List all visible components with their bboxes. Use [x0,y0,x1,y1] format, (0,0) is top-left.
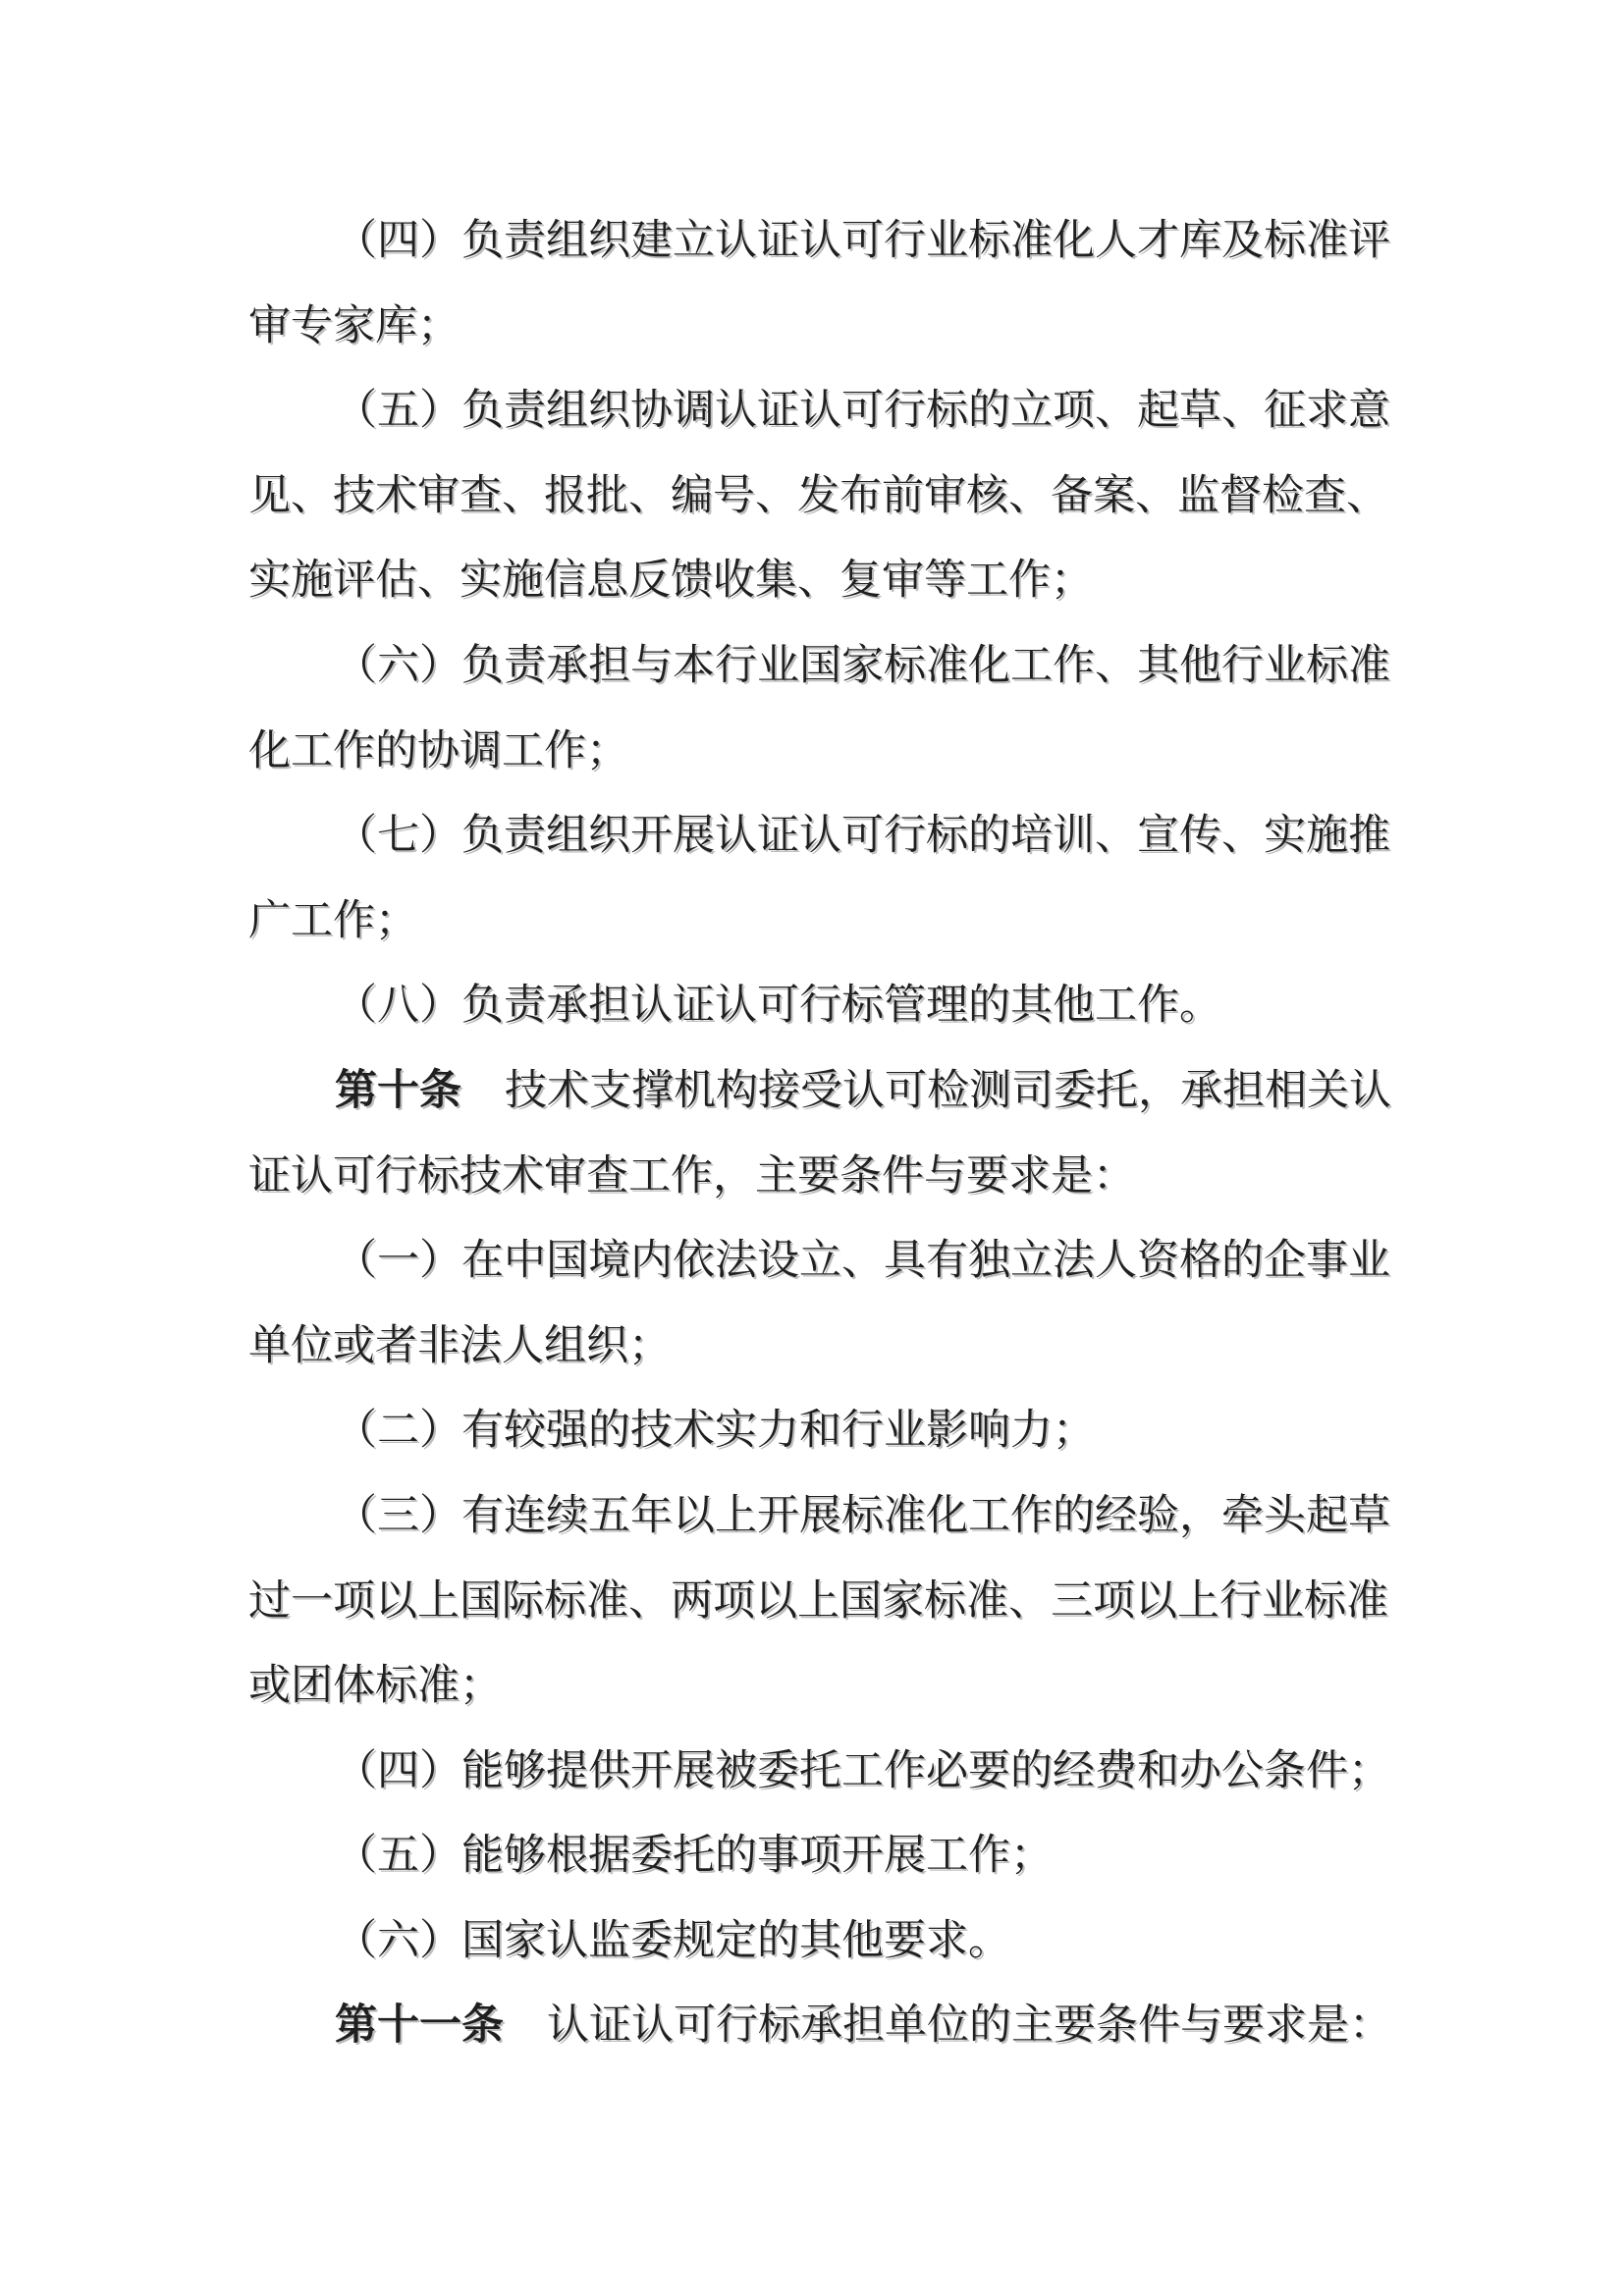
text-line: （六）国家认监委规定的其他要求。 [248,1898,1375,1984]
paragraph: 第十条技术支撑机构接受认可检测司委托，承担相关认证认可行标技术审查工作，主要条件… [248,1048,1375,1218]
text-line: （七）负责组织开展认证认可行标的培训、宣传、实施推 [248,793,1375,879]
text-line: （四）负责组织建立认证认可行业标准化人才库及标准评 [248,198,1375,284]
line-text: 认证认可行标承担单位的主要条件与要求是： [547,2001,1391,2050]
text-line: 化工作的协调工作； [248,709,1375,794]
text-line: （二）有较强的技术实力和行业影响力； [248,1388,1375,1473]
document-page: （四）负责组织建立认证认可行业标准化人才库及标准评审专家库；（五）负责组织协调认… [0,0,1624,2296]
paragraph: （三）有连续五年以上开展标准化工作的经验，牵头起草过一项以上国际标准、两项以上国… [248,1473,1375,1729]
text-line: 审专家库； [248,284,1375,369]
text-line: 过一项以上国际标准、两项以上国家标准、三项以上行业标准 [248,1559,1375,1644]
text-line: 广工作； [248,879,1375,964]
text-line: 实施评估、实施信息反馈收集、复审等工作； [248,538,1375,623]
paragraph: （五）负责组织协调认证认可行标的立项、起草、征求意见、技术审查、报批、编号、发布… [248,368,1375,623]
line-text: 技术支撑机构接受认可检测司委托，承担相关认 [505,1066,1391,1115]
document-body: （四）负责组织建立认证认可行业标准化人才库及标准评审专家库；（五）负责组织协调认… [248,198,1375,2068]
text-line: 第十条技术支撑机构接受认可检测司委托，承担相关认 [248,1048,1375,1134]
text-line: 单位或者非法人组织； [248,1304,1375,1389]
text-line: 见、技术审查、报批、编号、发布前审核、备案、监督检查、 [248,454,1375,539]
text-line: 证认可行标技术审查工作，主要条件与要求是： [248,1134,1375,1219]
paragraph: 第十一条认证认可行标承担单位的主要条件与要求是： [248,1983,1375,2068]
text-line: （一）在中国境内依法设立、具有独立法人资格的企事业 [248,1218,1375,1304]
article-number: 第十条 [335,1066,461,1115]
text-line: 或团体标准； [248,1643,1375,1729]
paragraph: （七）负责组织开展认证认可行标的培训、宣传、实施推广工作； [248,793,1375,963]
text-line: （五）能够根据委托的事项开展工作； [248,1813,1375,1898]
paragraph: （五）能够根据委托的事项开展工作； [248,1813,1375,1898]
text-line: （四）能够提供开展被委托工作必要的经费和办公条件； [248,1729,1375,1814]
paragraph: （六）负责承担与本行业国家标准化工作、其他行业标准化工作的协调工作； [248,623,1375,793]
text-line: （五）负责组织协调认证认可行标的立项、起草、征求意 [248,368,1375,454]
text-line: （八）负责承担认证认可行标管理的其他工作。 [248,963,1375,1048]
paragraph: （八）负责承担认证认可行标管理的其他工作。 [248,963,1375,1048]
paragraph: （一）在中国境内依法设立、具有独立法人资格的企事业单位或者非法人组织； [248,1218,1375,1388]
paragraph: （六）国家认监委规定的其他要求。 [248,1898,1375,1984]
text-line: （六）负责承担与本行业国家标准化工作、其他行业标准 [248,623,1375,709]
paragraph: （四）能够提供开展被委托工作必要的经费和办公条件； [248,1729,1375,1814]
article-number: 第十一条 [335,2001,504,2050]
page-root: { "page": { "background_color": "#ffffff… [0,0,1624,2296]
text-line: （三）有连续五年以上开展标准化工作的经验，牵头起草 [248,1473,1375,1559]
paragraph: （四）负责组织建立认证认可行业标准化人才库及标准评审专家库； [248,198,1375,368]
text-line: 第十一条认证认可行标承担单位的主要条件与要求是： [248,1983,1375,2068]
paragraph: （二）有较强的技术实力和行业影响力； [248,1388,1375,1473]
